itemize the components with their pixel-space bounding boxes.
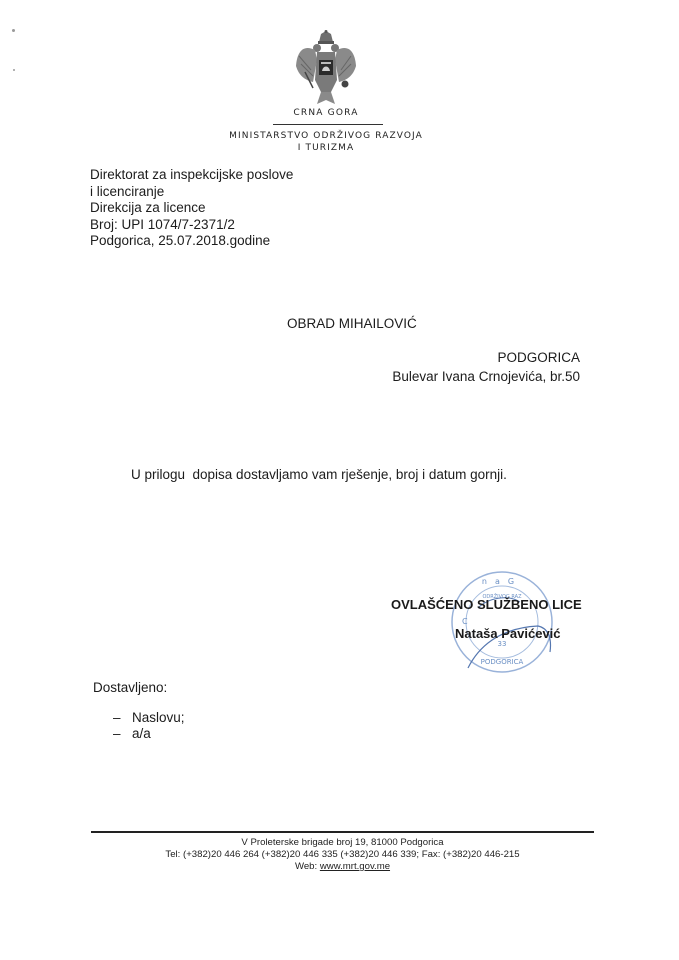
place-and-date: Podgorica, 25.07.2018.godine (90, 233, 293, 250)
distribution-label: Dostavljeno: (93, 680, 167, 695)
recipient-name: OBRAD MIHAILOVIĆ (287, 316, 417, 331)
scan-speck (13, 69, 15, 71)
sender-department: Direkcija za licence (90, 200, 293, 217)
letterhead-country: CRNA GORA (0, 108, 652, 118)
dash-bullet: – (113, 726, 132, 742)
website-link[interactable]: www.mrt.gov.me (320, 861, 390, 872)
list-item: – a/a (113, 726, 185, 742)
svg-text:33: 33 (498, 640, 507, 648)
svg-text:PODGORICA: PODGORICA (481, 658, 524, 666)
reference-number: Broj: UPI 1074/7-2371/2 (90, 217, 293, 234)
sender-directorate: Direktorat za inspekcijske poslove (90, 167, 293, 184)
svg-text:naG: naG (482, 577, 522, 586)
recipient-city: PODGORICA (497, 350, 580, 365)
recipient-address: Bulevar Ivana Crnojevića, br.50 (392, 369, 580, 384)
footer-address: V Proleterske brigade broj 19, 81000 Pod… (91, 837, 594, 849)
ministry-line-1: MINISTARSTVO ODRŽIVOG RAZVOJA (0, 130, 652, 142)
ministry-line-2: I TURIZMA (0, 142, 652, 154)
footer-divider (91, 831, 594, 833)
official-stamp-icon: naG ODRŽIVOG RAZ 33 PODGORICA C (448, 568, 556, 676)
svg-text:C: C (462, 617, 468, 626)
letterhead-ministry: MINISTARSTVO ODRŽIVOG RAZVOJA I TURIZMA (0, 130, 652, 154)
dash-bullet: – (113, 710, 132, 726)
signatory-name: Nataša Pavićević (455, 626, 561, 641)
distribution-item-text: a/a (132, 726, 151, 742)
footer-web-label: Web: (295, 861, 320, 872)
sender-directorate-cont: i licenciranje (90, 184, 293, 201)
footer-phones: Tel: (+382)20 446 264 (+382)20 446 335 (… (91, 849, 594, 861)
letterhead-divider (273, 124, 383, 125)
footer-web: Web: www.mrt.gov.me (91, 861, 594, 873)
distribution-list: – Naslovu; – a/a (113, 710, 185, 742)
sender-block: Direktorat za inspekcijske poslove i lic… (90, 167, 293, 250)
signatory-title: OVLAŠĆENO SLUŽBENO LICE (391, 597, 582, 612)
distribution-item-text: Naslovu; (132, 710, 185, 726)
scan-speck (12, 29, 15, 32)
footer: V Proleterske brigade broj 19, 81000 Pod… (91, 837, 594, 873)
coat-of-arms-icon (291, 30, 361, 110)
letter-body: U prilogu dopisa dostavljamo vam rješenj… (131, 467, 507, 482)
list-item: – Naslovu; (113, 710, 185, 726)
